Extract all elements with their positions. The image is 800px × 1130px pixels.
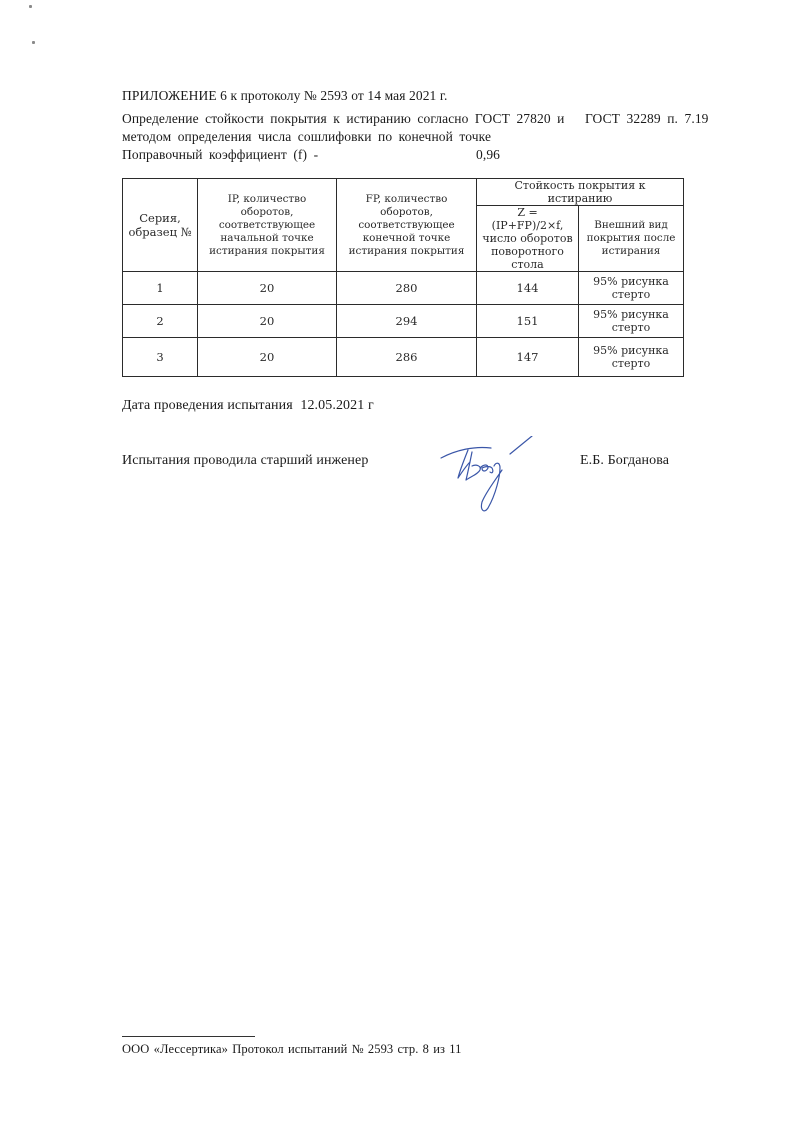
cell-ip: 20 [198, 338, 337, 377]
correction-coefficient: Поправочный коэффициент (f) - 0,96 [122, 147, 318, 163]
cell-z: 151 [477, 305, 579, 338]
col-header-appearance: Внешний вид покрытия после истирания [579, 206, 684, 272]
scan-artifact [29, 5, 32, 8]
col-header-fp: FP, количество оборотов, соответствующее… [337, 179, 477, 272]
cell-fp: 294 [337, 305, 477, 338]
col-header-series: Серия, образец № [123, 179, 198, 272]
cell-appearance: 95% рисунка стерто [579, 305, 684, 338]
cell-appearance: 95% рисунка стерто [579, 272, 684, 305]
engineer-name: Е.Б. Богданова [580, 453, 669, 469]
footer-text: ООО «Лессертика» Протокол испытаний № 25… [122, 1042, 462, 1057]
cell-series: 2 [123, 305, 198, 338]
appendix-title: ПРИЛОЖЕНИЕ 6 к протоколу № 2593 от 14 ма… [122, 88, 447, 104]
test-date-label: Дата проведения испытания [122, 398, 293, 413]
abrasion-results-table: Серия, образец № IP, количество оборотов… [122, 178, 684, 377]
method-line-2: методом определения числа сошлифовки по … [122, 129, 491, 145]
performed-by: Испытания проводила старший инженер [122, 453, 368, 469]
cell-fp: 280 [337, 272, 477, 305]
table-row: 1 20 280 144 95% рисунка стерто [123, 272, 684, 305]
cell-ip: 20 [198, 272, 337, 305]
col-header-z: Z = (IP+FP)/2×f, число оборотов поворотн… [477, 206, 579, 272]
col-header-ip: IP, количество оборотов, соответствующее… [198, 179, 337, 272]
cell-fp: 286 [337, 338, 477, 377]
table-row: 2 20 294 151 95% рисунка стерто [123, 305, 684, 338]
footer-divider [122, 1036, 255, 1037]
coefficient-value: 0,96 [476, 147, 500, 163]
gost-reference: ГОСТ 32289 п. 7.19 [585, 111, 709, 126]
method-text: Определение стойкости покрытия к истиран… [122, 111, 565, 126]
scan-artifact [32, 41, 35, 44]
cell-z: 144 [477, 272, 579, 305]
cell-series: 3 [123, 338, 198, 377]
cell-series: 1 [123, 272, 198, 305]
cell-appearance: 95% рисунка стерто [579, 338, 684, 377]
method-line-1: Определение стойкости покрытия к истиран… [122, 111, 709, 127]
col-header-group-resistance: Стойкость покрытия к истиранию [477, 179, 684, 206]
test-date-value: 12.05.2021 г [300, 398, 373, 413]
cell-ip: 20 [198, 305, 337, 338]
signature-icon [436, 436, 556, 521]
coefficient-label: Поправочный коэффициент (f) - [122, 147, 318, 162]
cell-z: 147 [477, 338, 579, 377]
test-date: Дата проведения испытания 12.05.2021 г [122, 398, 374, 414]
table-row: 3 20 286 147 95% рисунка стерто [123, 338, 684, 377]
